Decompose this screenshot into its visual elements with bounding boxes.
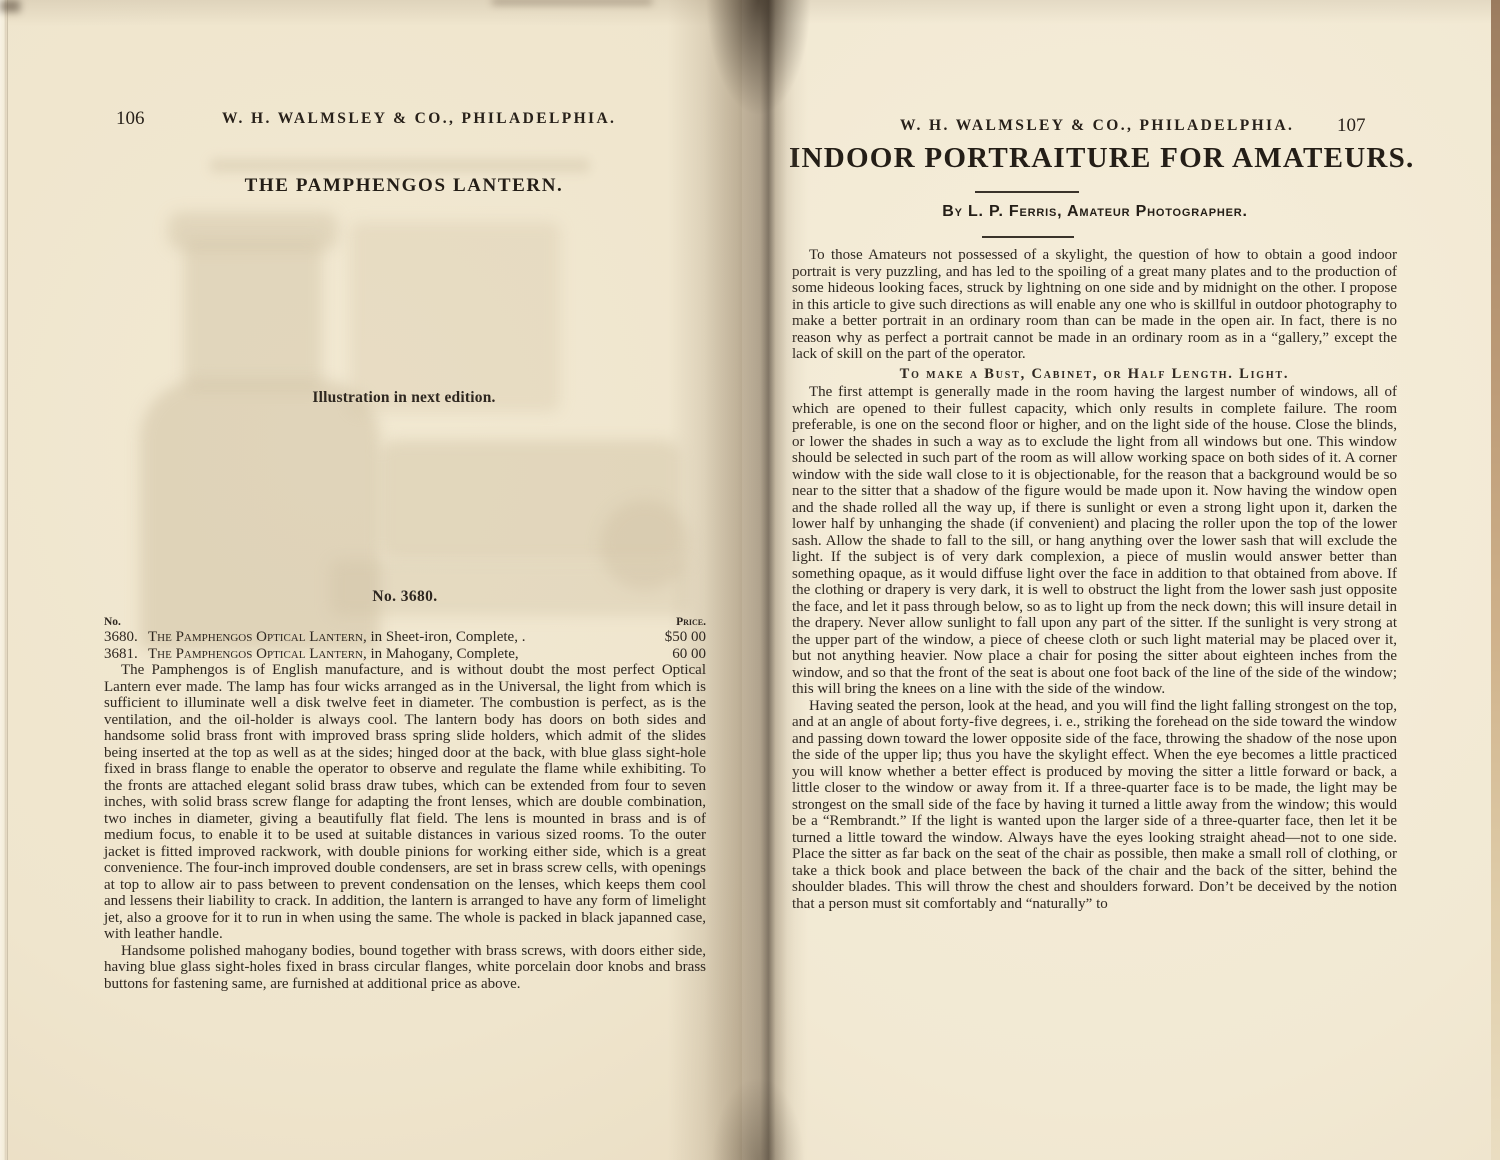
right-page-body: To those Amateurs not possessed of a sky… <box>792 247 1397 912</box>
scan-smudge-top-left <box>0 0 20 12</box>
left-running-header: W. H. WALMSLEY & CO., PHILADELPHIA. <box>222 110 616 128</box>
left-book-edge <box>0 0 8 1160</box>
article-title: INDOOR PORTRAITURE FOR AMATEURS. <box>789 143 1401 175</box>
left-page-body: No. 3680. No. Price. 3680. The Pamphengo… <box>104 588 706 992</box>
figure-caption: No. 3680. <box>104 588 706 606</box>
bleedthrough-title-bar <box>210 158 590 173</box>
price-table: No. Price. 3680. The Pamphengos Optical … <box>104 616 706 662</box>
paragraph: To those Amateurs not possessed of a sky… <box>792 247 1397 363</box>
title-rule <box>975 191 1079 193</box>
paragraph: Having seated the person, look at the he… <box>792 698 1397 913</box>
price-table-row: 3680. The Pamphengos Optical Lantern, in… <box>104 629 706 646</box>
byline-rule <box>982 236 1074 238</box>
section-heading: To make a Bust, Cabinet, or Half Length.… <box>792 366 1397 383</box>
price-table-header: No. Price. <box>104 616 706 629</box>
item-name: The Pamphengos Optical Lantern, <box>148 646 367 662</box>
bleedthrough-lantern-chimney <box>184 240 322 390</box>
left-page-paragraphs: The Pamphengos is of English manufacture… <box>104 662 706 992</box>
left-page: 106 W. H. WALMSLEY & CO., PHILADELPHIA. … <box>0 0 742 1160</box>
bleedthrough-lantern-housing <box>350 222 560 412</box>
price-table-no-header: No. <box>104 616 121 629</box>
item-price: 60 00 <box>648 646 706 663</box>
article-byline: By L. P. Ferris, Amateur Photographer. <box>795 203 1395 221</box>
item-variant: in Mahogany, Complete, <box>367 646 519 662</box>
item-price: $50 00 <box>648 629 706 646</box>
gutter-bottom-shadow <box>700 1040 812 1160</box>
price-table-row: 3681. The Pamphengos Optical Lantern, in… <box>104 646 706 663</box>
item-number: 3680. <box>104 629 148 646</box>
price-table-price-header: Price. <box>676 616 706 629</box>
item-variant: in Sheet-iron, Complete, . <box>367 629 526 645</box>
gutter-top-shadow <box>690 0 822 190</box>
right-running-header: W. H. WALMSLEY & CO., PHILADELPHIA. <box>900 117 1294 135</box>
item-description: The Pamphengos Optical Lantern, in Mahog… <box>148 646 648 663</box>
right-page: W. H. WALMSLEY & CO., PHILADELPHIA. 107 … <box>742 0 1500 1160</box>
left-page-number: 106 <box>116 108 145 130</box>
item-name: The Pamphengos Optical Lantern, <box>148 629 367 645</box>
item-description: The Pamphengos Optical Lantern, in Sheet… <box>148 629 648 646</box>
right-page-number: 107 <box>1337 115 1366 137</box>
paragraph: Handsome polished mahogany bodies, bound… <box>104 943 706 993</box>
item-number: 3681. <box>104 646 148 663</box>
left-page-title: THE PAMPHENGOS LANTERN. <box>104 175 704 197</box>
scan-smudge-top-middle <box>492 0 652 5</box>
right-book-edge <box>1491 0 1500 1160</box>
paragraph: The Pamphengos is of English manufacture… <box>104 662 706 943</box>
illustration-note: Illustration in next edition. <box>104 389 704 407</box>
article-title-wrap: INDOOR PORTRAITURE FOR AMATEURS. <box>795 143 1395 175</box>
paragraph: The first attempt is generally made in t… <box>792 384 1397 698</box>
